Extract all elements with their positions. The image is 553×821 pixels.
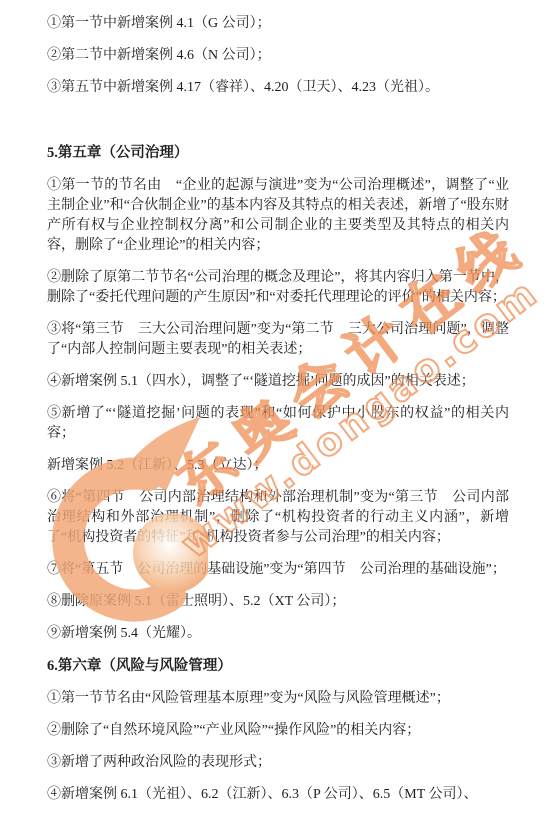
list-item: ①第一节中新增案例 4.1（G 公司）； <box>47 14 509 34</box>
change-item: ④新增案例 6.1（光祖）、6.2（江新）、6.3（P 公司）、6.5（MT 公… <box>47 785 509 805</box>
list-item: ②第二节中新增案例 4.6（N 公司）； <box>47 46 509 66</box>
change-item: ①第一节的节名由 “企业的起源与演进”变为“公司治理概述”，调整了“业主制企业”… <box>47 176 509 256</box>
list-item: ③第五节中新增案例 4.17（睿祥）、4.20（卫天）、4.23（光祖）。 <box>47 78 509 98</box>
change-item: 新增案例 5.2（江新）、5.3（立达）； <box>47 456 509 476</box>
change-item: ②删除了“自然环境风险”“产业风险”“操作风险”的相关内容； <box>47 721 509 741</box>
change-item: ⑤新增了“‘隧道挖掘’问题的表现”和“如何保护中小股东的权益”的相关内容； <box>47 404 509 444</box>
change-item: ④新增案例 5.1（四水），调整了“‘隧道挖掘’问题的成因”的相关表述； <box>47 372 509 392</box>
section-heading-chapter6: 6.第六章（风险与风险管理） <box>47 656 509 676</box>
change-item: ③将“第三节 三大公司治理问题”变为“第二节 三大公司治理问题”，调整了“内部人… <box>47 320 509 360</box>
document-body: ①第一节中新增案例 4.1（G 公司）； ②第二节中新增案例 4.6（N 公司）… <box>0 0 553 805</box>
change-item: ⑥将“第四节 公司内部治理结构和外部治理机制”变为“第三节 公司内部治理结构和外… <box>47 488 509 548</box>
change-item: ⑨新增案例 5.4（光耀）。 <box>47 624 509 644</box>
change-item: ⑦将“第五节 公司治理的基础设施”变为“第四节 公司治理的基础设施”； <box>47 560 509 580</box>
change-item: ①第一节节名由“风险管理基本原理”变为“风险与风险管理概述”； <box>47 689 509 709</box>
change-item: ③新增了两种政治风险的表现形式； <box>47 753 509 773</box>
section-heading-chapter5: 5.第五章（公司治理） <box>47 110 509 163</box>
change-item: ②删除了原第二节节名“公司治理的概念及理论”，将其内容归入第一节中，删除了“委托… <box>47 268 509 308</box>
document-page: ①第一节中新增案例 4.1（G 公司）； ②第二节中新增案例 4.6（N 公司）… <box>0 0 553 821</box>
change-item: ⑧删除原案例 5.1（雷士照明）、5.2（XT 公司）； <box>47 592 509 612</box>
